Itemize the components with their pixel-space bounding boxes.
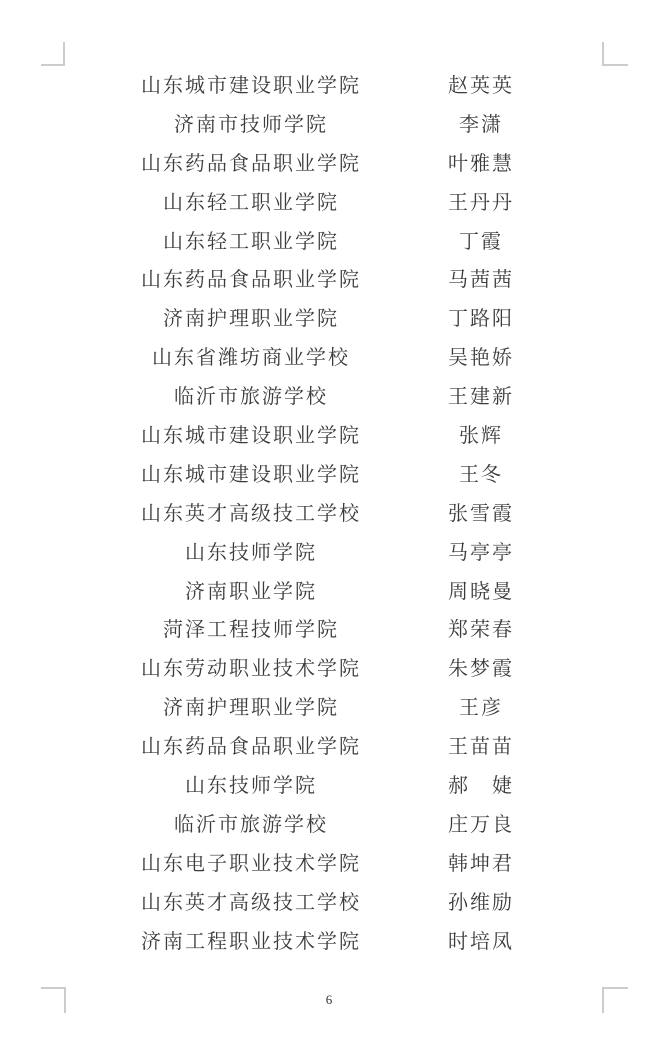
table-row: 山东劳动职业技术学院 朱梦霞 <box>0 647 650 686</box>
school-cell: 山东城市建设职业学院 <box>96 69 406 98</box>
school-cell: 山东轻工职业学院 <box>96 225 406 254</box>
table-row: 济南工程职业技术学院 时培凤 <box>0 920 650 959</box>
table-row: 山东技师学院 马亭亭 <box>0 531 650 570</box>
table-row: 山东药品食品职业学院 王苗苗 <box>0 725 650 764</box>
name-cell: 王彦 <box>406 691 556 720</box>
school-cell: 山东劳动职业技术学院 <box>96 652 406 681</box>
name-cell: 郝 婕 <box>406 769 556 798</box>
name-cell: 叶雅慧 <box>406 147 556 176</box>
table-row: 临沂市旅游学校 王建新 <box>0 375 650 414</box>
name-cell: 庄万良 <box>406 808 556 837</box>
table-row: 山东电子职业技术学院 韩坤君 <box>0 842 650 881</box>
school-cell: 菏泽工程技师学院 <box>96 613 406 642</box>
school-cell: 山东城市建设职业学院 <box>96 458 406 487</box>
table-row: 山东药品食品职业学院 马茜茜 <box>0 258 650 297</box>
table-row: 山东轻工职业学院 王丹丹 <box>0 181 650 220</box>
school-cell: 山东电子职业技术学院 <box>96 847 406 876</box>
corner-mark-top-left <box>41 42 65 66</box>
page-number: 6 <box>0 992 650 1008</box>
name-cell: 马亭亭 <box>406 536 556 565</box>
table-row: 济南市技师学院 李潇 <box>0 103 650 142</box>
name-cell: 郑荣春 <box>406 613 556 642</box>
name-cell: 朱梦霞 <box>406 652 556 681</box>
name-cell: 王冬 <box>406 458 556 487</box>
document-page: { "page": { "number": "6", "rows": [ {"s… <box>0 0 650 1046</box>
school-cell: 济南工程职业技术学院 <box>96 925 406 954</box>
school-cell: 济南市技师学院 <box>96 108 406 137</box>
school-cell: 山东英才高级技工学校 <box>96 497 406 526</box>
school-cell: 济南护理职业学院 <box>96 302 406 331</box>
name-cell: 韩坤君 <box>406 847 556 876</box>
table-row: 山东省潍坊商业学校 吴艳娇 <box>0 336 650 375</box>
table-row: 济南护理职业学院 王彦 <box>0 686 650 725</box>
table-row: 山东技师学院 郝 婕 <box>0 764 650 803</box>
school-cell: 山东省潍坊商业学校 <box>96 341 406 370</box>
name-cell: 时培凤 <box>406 925 556 954</box>
name-cell: 李潇 <box>406 108 556 137</box>
page: 山东城市建设职业学院 赵英英 济南市技师学院 李潇 山东药品食品职业学院 叶雅慧… <box>0 0 650 1046</box>
table-row: 山东城市建设职业学院 王冬 <box>0 453 650 492</box>
school-cell: 山东药品食品职业学院 <box>96 730 406 759</box>
name-cell: 孙维励 <box>406 886 556 915</box>
school-cell: 济南职业学院 <box>96 575 406 604</box>
table-row: 临沂市旅游学校 庄万良 <box>0 803 650 842</box>
school-cell: 山东城市建设职业学院 <box>96 419 406 448</box>
table-row: 山东城市建设职业学院 张辉 <box>0 414 650 453</box>
name-cell: 丁路阳 <box>406 302 556 331</box>
school-cell: 山东技师学院 <box>96 769 406 798</box>
name-cell: 王丹丹 <box>406 186 556 215</box>
school-cell: 临沂市旅游学校 <box>96 380 406 409</box>
name-cell: 周晓曼 <box>406 575 556 604</box>
name-cell: 吴艳娇 <box>406 341 556 370</box>
school-cell: 山东轻工职业学院 <box>96 186 406 215</box>
table-row: 菏泽工程技师学院 郑荣春 <box>0 608 650 647</box>
school-cell: 济南护理职业学院 <box>96 691 406 720</box>
name-cell: 马茜茜 <box>406 263 556 292</box>
name-cell: 丁霞 <box>406 225 556 254</box>
roster-list: 山东城市建设职业学院 赵英英 济南市技师学院 李潇 山东药品食品职业学院 叶雅慧… <box>0 64 650 958</box>
school-cell: 临沂市旅游学校 <box>96 808 406 837</box>
table-row: 山东英才高级技工学校 张雪霞 <box>0 492 650 531</box>
name-cell: 张辉 <box>406 419 556 448</box>
name-cell: 张雪霞 <box>406 497 556 526</box>
name-cell: 赵英英 <box>406 69 556 98</box>
table-row: 济南护理职业学院 丁路阳 <box>0 297 650 336</box>
school-cell: 山东英才高级技工学校 <box>96 886 406 915</box>
name-cell: 王建新 <box>406 380 556 409</box>
table-row: 济南职业学院 周晓曼 <box>0 570 650 609</box>
school-cell: 山东药品食品职业学院 <box>96 263 406 292</box>
table-row: 山东药品食品职业学院 叶雅慧 <box>0 142 650 181</box>
table-row: 山东英才高级技工学校 孙维励 <box>0 881 650 920</box>
name-cell: 王苗苗 <box>406 730 556 759</box>
table-row: 山东轻工职业学院 丁霞 <box>0 220 650 259</box>
corner-mark-top-right <box>602 42 628 66</box>
school-cell: 山东技师学院 <box>96 536 406 565</box>
school-cell: 山东药品食品职业学院 <box>96 147 406 176</box>
table-row: 山东城市建设职业学院 赵英英 <box>0 64 650 103</box>
